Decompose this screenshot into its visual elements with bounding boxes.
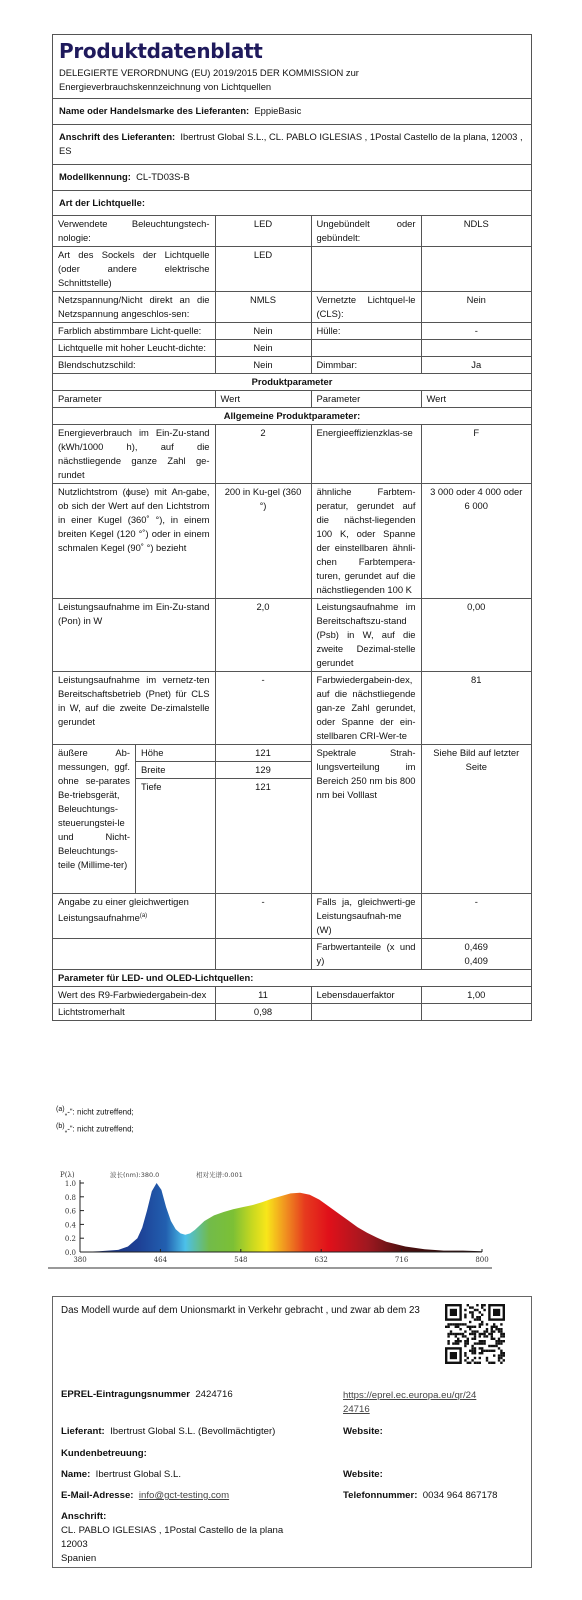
eprel-number: EPREL-Eintragungsnummer 2424716 <box>61 1389 233 1400</box>
eprel-info-box: Das Modell wurde auf dem Unionsmarkt in … <box>52 1296 532 1568</box>
svg-text:0.2: 0.2 <box>65 1235 76 1243</box>
light-source-row: Netzspannung/Nicht direkt an die Netzspa… <box>53 292 531 323</box>
supplier-line: Lieferant: Ibertrust Global S.L. (Bevoll… <box>61 1426 275 1437</box>
spectral-value: Siehe Bild auf letzter Seite <box>421 745 531 894</box>
dimension-height-value: 121 <box>216 745 311 762</box>
footnote-a: (a)„-“: nicht zutreffend; <box>56 1103 134 1120</box>
svg-text:0.6: 0.6 <box>65 1208 77 1216</box>
dimension-height-label: Höhe <box>136 745 215 762</box>
light-source-row: Lichtquelle mit hoher Leucht-dichte:Nein <box>53 340 531 357</box>
dimension-width-label: Breite <box>136 762 215 779</box>
param-row: Leistungsaufnahme im vernetz-ten Bereits… <box>53 672 531 745</box>
model-row: Modellkennung: CL-TD03S-B <box>53 164 531 190</box>
email-line: E-Mail-Adresse: info@gct-testing.com <box>61 1490 229 1501</box>
address-block: Anschrift: CL. PABLO IGLESIAS , 1Postal … <box>61 1510 283 1566</box>
product-data-sheet: Produktdatenblatt DELEGIERTE VERORDNUNG … <box>52 34 532 1021</box>
svg-text:800: 800 <box>475 1256 488 1264</box>
eprel-link[interactable]: https://eprel.ec.europa.eu/qr/2424716 <box>343 1389 476 1417</box>
led-param-row: Wert des R9-Farbwiedergabein-dex11Lebens… <box>53 987 531 1004</box>
contact-name: Name: Ibertrust Global S.L. <box>61 1469 181 1480</box>
svg-text:相对光谱:0.001: 相对光谱:0.001 <box>196 1170 243 1179</box>
param-row: Energieverbrauch im Ein-Zu-stand (kWh/10… <box>53 425 531 484</box>
supplier-name-row: Name oder Handelsmarke des Lieferanten: … <box>53 98 531 124</box>
website2-label: Website: <box>343 1469 383 1480</box>
footnote-b: (b)„-“: nicht zutreffend; <box>56 1120 134 1137</box>
param-row: Leistungsaufnahme im Ein-Zu-stand (Pon) … <box>53 599 531 672</box>
market-date-text: Das Modell wurde auf dem Unionsmarkt in … <box>61 1305 420 1316</box>
svg-text:464: 464 <box>154 1256 168 1264</box>
svg-text:P(λ): P(λ) <box>60 1171 75 1179</box>
equivalent-label: Angabe zu einer gleichwertigen Leistungs… <box>53 894 215 939</box>
svg-text:632: 632 <box>315 1256 328 1264</box>
svg-text:波长(nm):380.0: 波长(nm):380.0 <box>110 1170 159 1179</box>
dimension-depth-label: Tiefe <box>136 779 215 894</box>
equivalent-power-row: Angabe zu einer gleichwertigen Leistungs… <box>53 894 531 939</box>
light-source-row: Farblich abstimmbare Licht-quelle:NeinHü… <box>53 323 531 340</box>
website-label: Website: <box>343 1426 383 1437</box>
light-source-type-heading: Art der Lichtquelle: <box>53 190 531 215</box>
chromaticity-row: Farbwertanteile (x und y) 0,4690,409 <box>53 939 531 970</box>
svg-text:1.0: 1.0 <box>65 1180 76 1188</box>
param-row: Nutzlichtstrom (ɸuse) mit An-gabe, ob si… <box>53 484 531 599</box>
column-header-row: Parameter Wert Parameter Wert <box>53 391 531 408</box>
footnotes: (a)„-“: nicht zutreffend; (b)„-“: nicht … <box>56 1103 134 1136</box>
light-source-row: Verwendete Beleuchtungstech-nologie:LEDU… <box>53 216 531 247</box>
qr-code-icon[interactable] <box>445 1304 505 1364</box>
phone-line: Telefonnummer: 0034 964 867178 <box>343 1490 498 1501</box>
svg-text:0.4: 0.4 <box>65 1221 77 1229</box>
customer-service-heading: Kundenbetreuung: <box>61 1448 147 1459</box>
svg-text:548: 548 <box>234 1256 247 1264</box>
email-link[interactable]: info@gct-testing.com <box>139 1490 229 1501</box>
svg-text:380: 380 <box>73 1256 86 1264</box>
dimension-width-value: 129 <box>216 762 311 779</box>
dimension-depth-value: 121 <box>216 779 311 795</box>
spectrum-area <box>80 1183 482 1252</box>
spec-table: Verwendete Beleuchtungstech-nologie:LEDU… <box>53 215 531 1021</box>
led-param-row: Lichtstromerhalt0,98 <box>53 1004 531 1021</box>
led-params-heading: Parameter für LED- und OLED-Lichtquellen… <box>53 970 531 987</box>
light-source-row: Blendschutzschild:NeinDimmbar:Ja <box>53 357 531 374</box>
regulation-text: DELEGIERTE VERORDNUNG (EU) 2019/2015 DER… <box>53 64 531 98</box>
svg-text:0.8: 0.8 <box>65 1194 76 1202</box>
supplier-address-row: Anschrift des Lieferanten: Ibertrust Glo… <box>53 124 531 164</box>
product-params-heading: Produktparameter <box>53 374 531 391</box>
light-source-row: Art des Sockels der Lichtquelle (oder an… <box>53 247 531 292</box>
spectral-distribution-chart: 0.00.20.40.60.81.0380464548632716800P(λ)… <box>40 1158 500 1278</box>
dimensions-row: äußere Ab-messungen, ggf. ohne se-parate… <box>53 745 531 894</box>
svg-text:716: 716 <box>395 1256 409 1264</box>
page-title: Produktdatenblatt <box>53 35 531 64</box>
spectral-label: Spektrale Strah-lungsverteilung im Berei… <box>311 745 421 894</box>
dimensions-label: äußere Ab-messungen, ggf. ohne se-parate… <box>53 745 136 893</box>
general-params-heading: Allgemeine Produktparameter: <box>53 408 531 425</box>
